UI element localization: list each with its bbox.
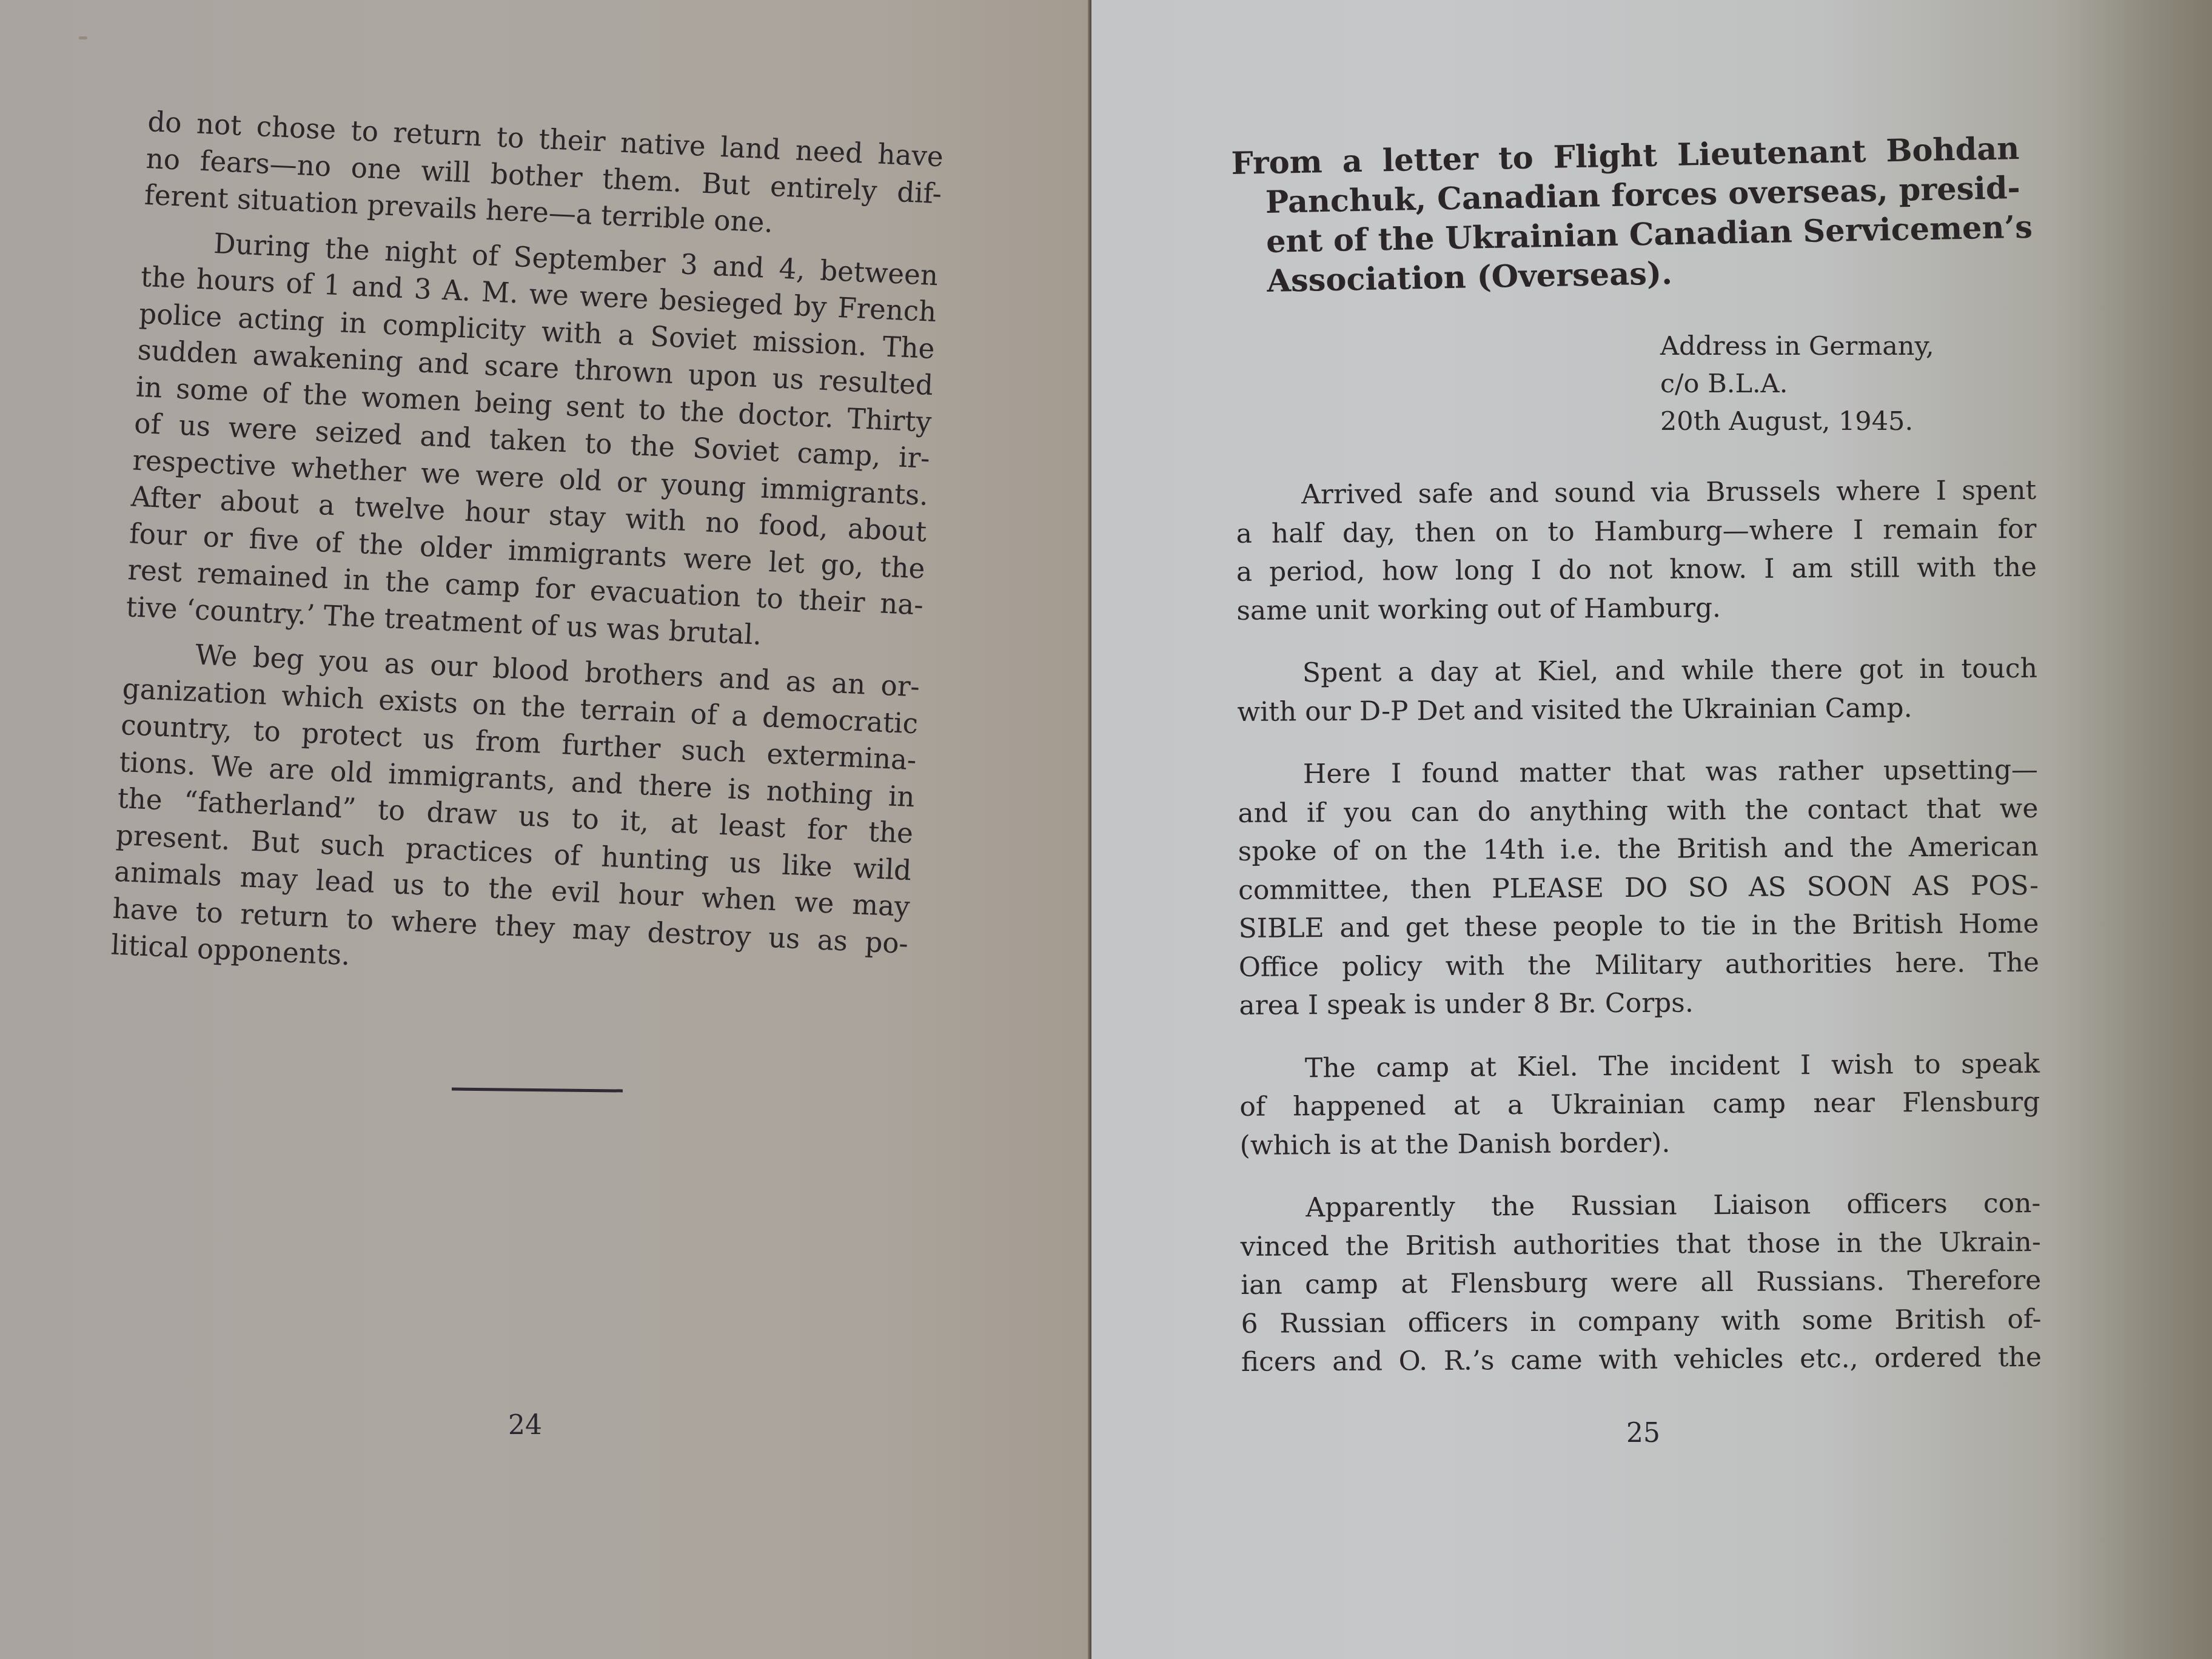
- text-line: Apparently the Russian Liaison officers …: [1240, 1184, 2040, 1228]
- page-number-right: 25: [1626, 1418, 1660, 1449]
- paragraph: The camp at Kiel. The incident I wish to…: [1239, 1044, 2040, 1165]
- text-line: Arrived safe and sound via Brussels wher…: [1236, 471, 2036, 515]
- text-line: Here I found matter that was rather upse…: [1238, 751, 2038, 794]
- left-page: do not chose to return to their native l…: [0, 0, 1091, 1659]
- text-line: and if you can do anything with the cont…: [1238, 789, 2038, 833]
- section-separator-rule: [452, 1088, 623, 1093]
- text-line: ian camp at Flensburg were all Russians.…: [1241, 1261, 2041, 1305]
- text-line: ficers and O. R.’s came with vehicles et…: [1241, 1338, 2042, 1382]
- text-line: (which is at the Danish border).: [1240, 1121, 2040, 1165]
- paper-speck: [79, 36, 87, 39]
- text-line: SIBLE and get these people to tie in the…: [1238, 905, 2039, 948]
- text-line: The camp at Kiel. The incident I wish to…: [1239, 1044, 2040, 1088]
- address-line: c/o B.L.A.: [1660, 365, 1934, 403]
- text-line: Office policy with the Military authorit…: [1239, 943, 2039, 987]
- text-line: committee, then PLEASE DO SO AS SOON AS …: [1238, 866, 2039, 910]
- address-line: Address in Germany,: [1660, 327, 1934, 365]
- text-line: a period, how long I do not know. I am s…: [1236, 548, 2037, 592]
- text-line: Spent a day at Kiel, and while there got…: [1237, 649, 2037, 693]
- paragraph: During the night of September 3 and 4, b…: [126, 221, 939, 660]
- text-line: with our D-P Det and visited the Ukraini…: [1237, 688, 2037, 731]
- text-line: of happened at a Ukrainian camp near Fle…: [1239, 1083, 2040, 1127]
- paragraph: We beg you as our blood brothers and as …: [110, 633, 920, 998]
- text-line: same unit working out of Hamburg.: [1236, 586, 2037, 630]
- paragraph: Arrived safe and sound via Brussels wher…: [1236, 471, 2037, 630]
- book-spread: do not chose to return to their native l…: [0, 0, 2212, 1659]
- text-line: vinced the British authorities that thos…: [1241, 1222, 2041, 1266]
- letter-address: Address in Germany, c/o B.L.A. 20th Augu…: [1660, 327, 1934, 440]
- address-date: 20th August, 1945.: [1660, 403, 1934, 440]
- page-number-left: 24: [508, 1410, 542, 1441]
- paragraph: Apparently the Russian Liaison officers …: [1240, 1184, 2042, 1382]
- text-line: 6 Russian officers in company with some …: [1241, 1299, 2041, 1343]
- left-page-body: do not chose to return to their native l…: [110, 103, 944, 999]
- letter-heading: From a letter to Flight Lieutenant Bohda…: [1231, 129, 2022, 302]
- right-page-body: Arrived safe and sound via Brussels wher…: [1236, 471, 2042, 1382]
- text-line: a half day, then on to Hamburg—where I r…: [1236, 509, 2036, 553]
- text-line: spoke of on the 14th i.e. the British an…: [1238, 828, 2039, 871]
- paragraph: Spent a day at Kiel, and while there got…: [1237, 649, 2038, 731]
- paragraph: Here I found matter that was rather upse…: [1238, 751, 2040, 1025]
- text-line: area I speak is under 8 Br. Corps.: [1239, 982, 2039, 1025]
- page-edge-shadow: [2054, 0, 2212, 1659]
